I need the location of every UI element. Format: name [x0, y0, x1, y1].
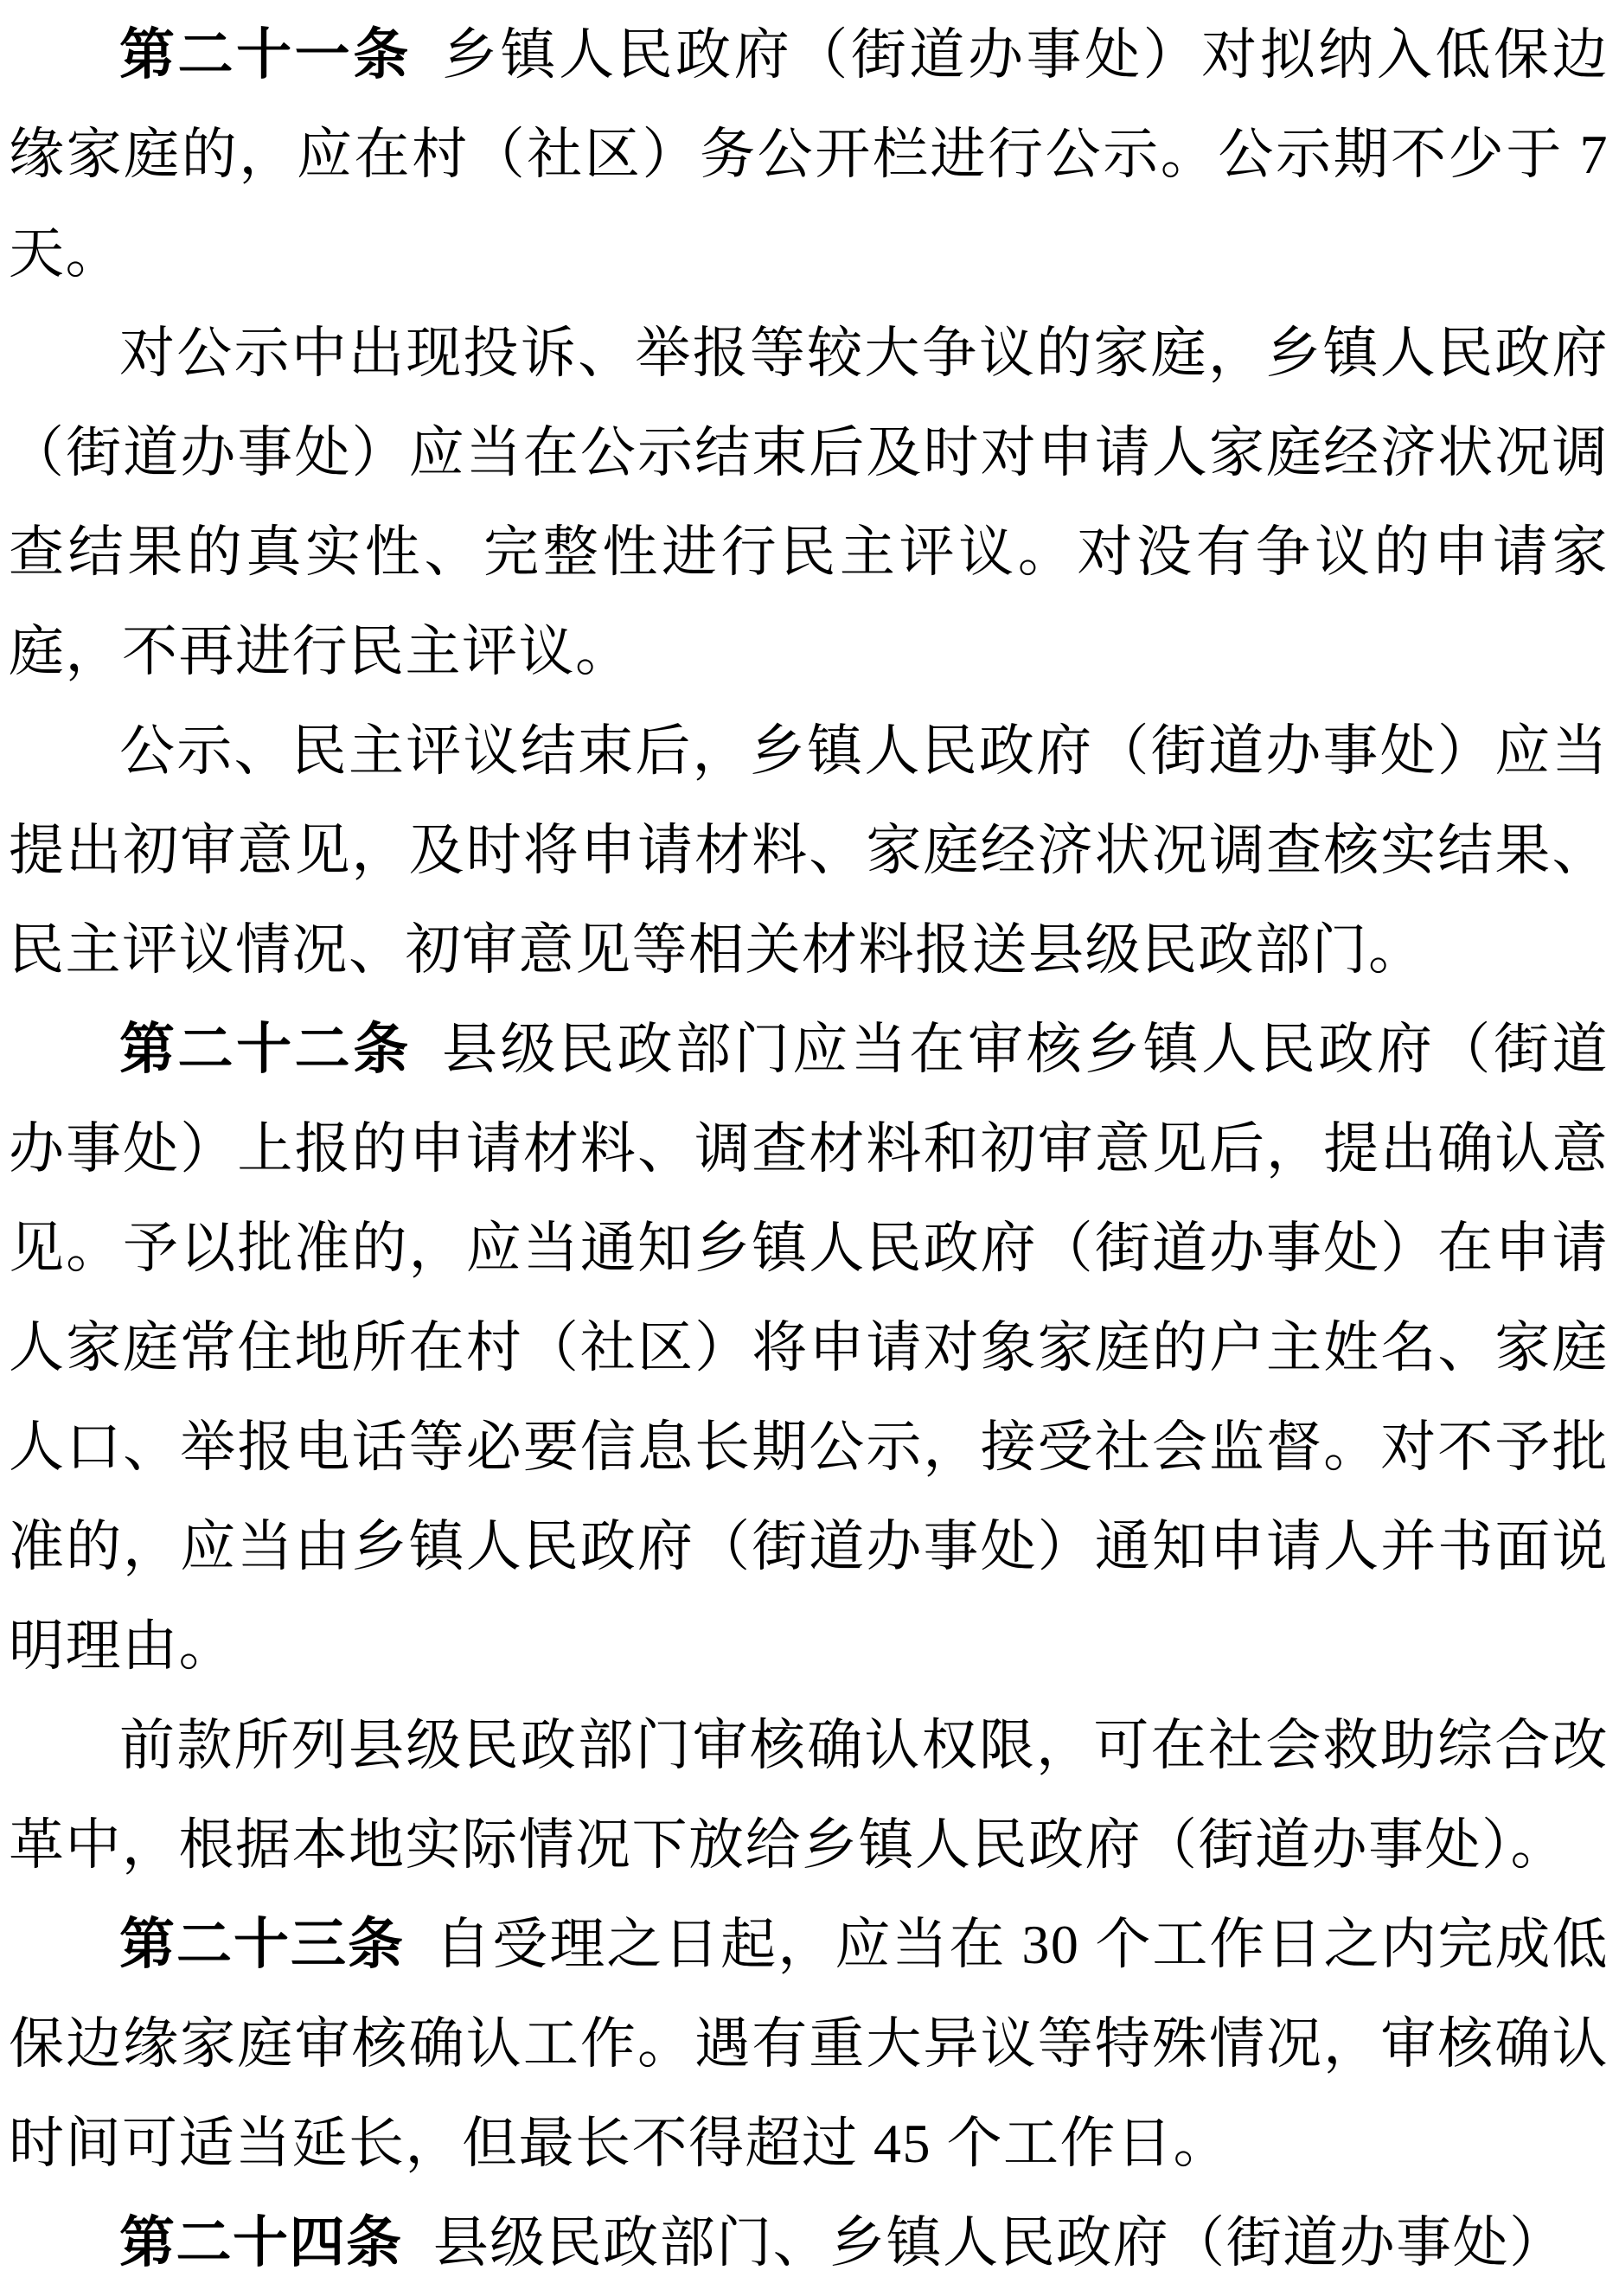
paragraph-text: 县级民政部门、乡镇人民政府（街道办事处） — [433, 2212, 1566, 2274]
article-number: 第二十一条 — [119, 24, 412, 86]
paragraph-text: 前款所列县级民政部门审核确认权限，可在社会救助综合改革中，根据本地实际情况下放给… — [9, 1715, 1609, 1876]
article-number: 第二十二条 — [119, 1019, 412, 1080]
article-number: 第二十四条 — [119, 2212, 403, 2274]
article-number: 第二十三条 — [119, 1914, 405, 1975]
paragraph: 第二十二条县级民政部门应当在审核乡镇人民政府（街道办事处）上报的申请材料、调查材… — [9, 1000, 1609, 1696]
paragraph: 对公示中出现投诉、举报等较大争议的家庭，乡镇人民政府（街道办事处）应当在公示结束… — [9, 304, 1609, 701]
document-page: 第二十一条乡镇人民政府（街道办事处）对拟纳入低保边缘家庭的，应在村（社区）务公开… — [0, 0, 1619, 2296]
paragraph: 第二十四条县级民政部门、乡镇人民政府（街道办事处） — [9, 2193, 1609, 2293]
paragraph: 前款所列县级民政部门审核确认权限，可在社会救助综合改革中，根据本地实际情况下放给… — [9, 1696, 1609, 1895]
paragraph: 第二十一条乡镇人民政府（街道办事处）对拟纳入低保边缘家庭的，应在村（社区）务公开… — [9, 5, 1609, 304]
document-body: 第二十一条乡镇人民政府（街道办事处）对拟纳入低保边缘家庭的，应在村（社区）务公开… — [9, 5, 1609, 2293]
paragraph-text: 对公示中出现投诉、举报等较大争议的家庭，乡镇人民政府（街道办事处）应当在公示结束… — [9, 323, 1609, 682]
paragraph: 第二十三条自受理之日起，应当在 30 个工作日之内完成低保边缘家庭审核确认工作。… — [9, 1895, 1609, 2193]
paragraph-text: 县级民政部门应当在审核乡镇人民政府（街道办事处）上报的申请材料、调查材料和初审意… — [9, 1019, 1609, 1677]
paragraph: 公示、民主评议结束后，乡镇人民政府（街道办事处）应当提出初审意见，及时将申请材料… — [9, 701, 1609, 1000]
paragraph-text: 公示、民主评议结束后，乡镇人民政府（街道办事处）应当提出初审意见，及时将申请材料… — [9, 720, 1609, 981]
